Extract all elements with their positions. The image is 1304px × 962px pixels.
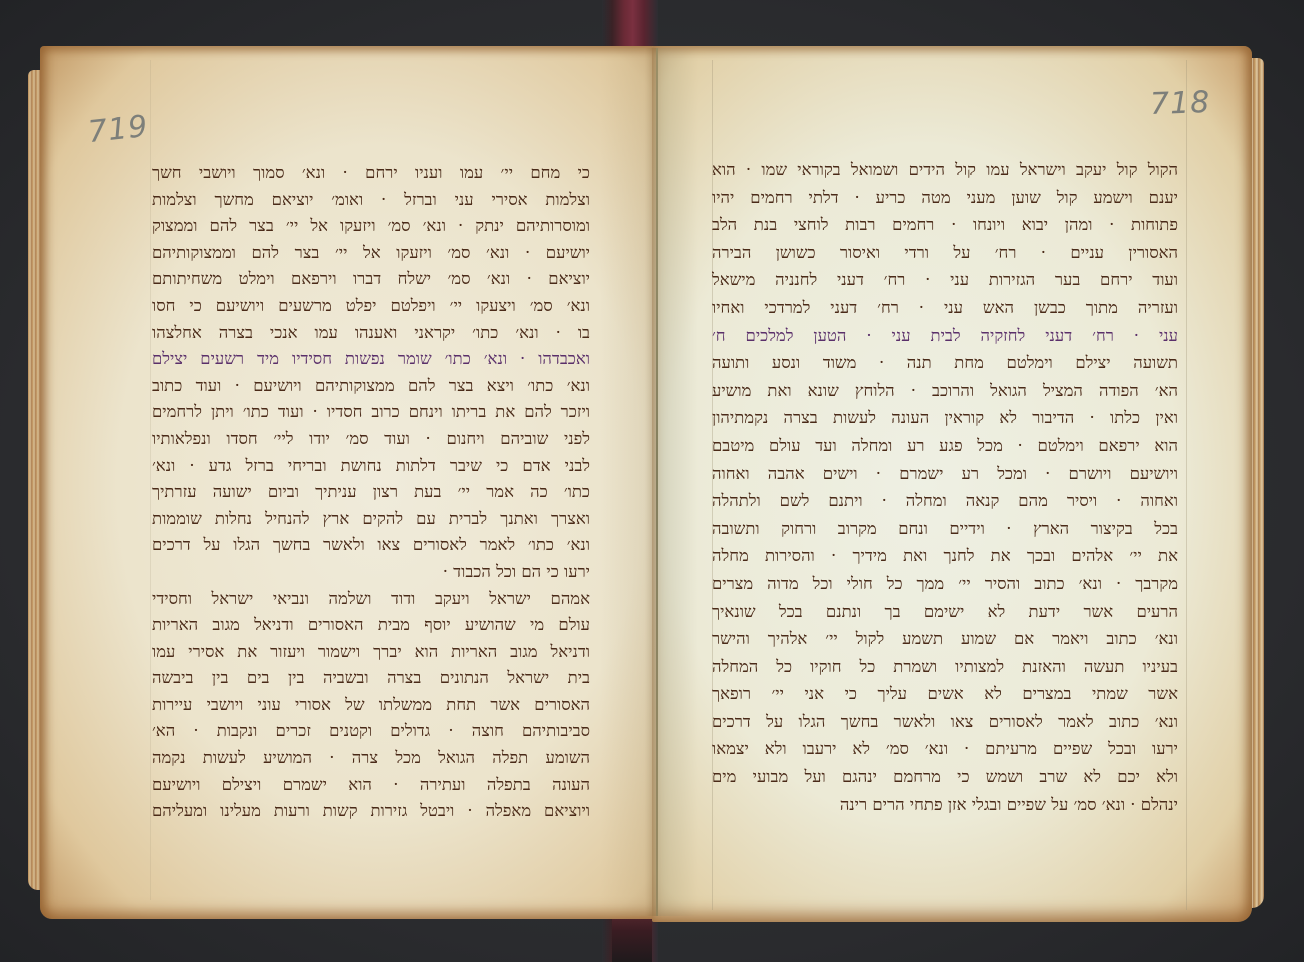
manuscript-line: לפני שוביהם ויחנום · ועוד סמ׳ יודו ליי׳ … (152, 426, 590, 453)
manuscript-line: השומע תפלה הגואל מכל צרה · המושיע לעשות … (152, 745, 590, 772)
manuscript-line: יענם וישמע קול שוען מעני מטה כריע · דלתי… (712, 184, 1178, 212)
manuscript-line: עולם מי שהושיע יוסף מבית האסורים ודניאל … (152, 612, 590, 639)
manuscript-line: ינהלם · ונא׳ סמ׳ על שפיים ובגלי אזן פתחי… (712, 791, 1178, 819)
manuscript-line: כתו׳ כה אמר יי׳ בעת רצון עניתיך וביום יש… (152, 479, 590, 506)
manuscript-line: יוציאם · ונא׳ סמ׳ ישלח דברו וירפאם וימלט… (152, 266, 590, 293)
left-page-text: כי מחם יי׳ עמו ועניו ירחם · ונא׳ סמוך וי… (152, 160, 590, 825)
manuscript-line: פתוחות · ומהן יבוא ויונחו · רחמים רבות ל… (712, 211, 1178, 239)
right-page-text: הקול קול יעקב וישראל עמו קול הידים ושמוא… (712, 156, 1178, 818)
manuscript-line: האסורין עניים · רח׳ על ורדי ואיסור כשושן… (712, 239, 1178, 267)
manuscript-line: בית ישראל הנתונים בצרה ובשביה בין בים בי… (152, 665, 590, 692)
manuscript-line: הרעים אשר ידעת לא ישימם בך ונתנם בכל שונ… (712, 598, 1178, 626)
manuscript-line: ויוציאם מאפלה · ויבטל גזירות קשות ורעות … (152, 798, 590, 825)
manuscript-line: כי מחם יי׳ עמו ועניו ירחם · ונא׳ סמוך וי… (152, 160, 590, 187)
manuscript-line: ואצרך ואתנך לברית עם להקים ארץ להנחיל נח… (152, 506, 590, 533)
manuscript-line: לבני אדם כי שיבר דלתות נחושת ובריחי ברזל… (152, 453, 590, 480)
manuscript-line: מקרבך · ונא׳ כתוב והסיר יי׳ ממך כל חולי … (712, 570, 1178, 598)
manuscript-line: ויושיעם ויושרם · ומכל רע ישמרם · וישים א… (712, 460, 1178, 488)
manuscript-line: ונא׳ כתוב לאמר לאסורים צאו ולאשר בחשך הג… (712, 708, 1178, 736)
manuscript-line: ועוד ירחם בער הגזירות עני · רח׳ דעני לחנ… (712, 266, 1178, 294)
manuscript-line: ירעו כי הם וכל הכבוד · (152, 559, 590, 586)
manuscript-line: ונא׳ כתו׳ ויצא בצר להם ממצוקותיהם ויושיע… (152, 373, 590, 400)
manuscript-line: עני · רח׳ דעני לחזקיה לבית עני · הטען למ… (712, 322, 1178, 350)
manuscript-line: הא׳ הפודה המציל הגואל והרוכב · הלוחץ שונ… (712, 377, 1178, 405)
manuscript-line: ונא׳ סמ׳ ויצעקו יי׳ ויפלטם יפלט מרשעים ו… (152, 293, 590, 320)
manuscript-line: ודניאל מגוב האריות הוא יברך וישמור ויעזו… (152, 639, 590, 666)
manuscript-line: בו · ונא׳ כתו׳ יקראני ואענהו עמו אנכי בצ… (152, 320, 590, 347)
manuscript-line: האסורים אשר תחת ממשלתו של אסורי עוני ויו… (152, 692, 590, 719)
manuscript-line: בכל בקיצור הארץ · וידיים ונחם מקרוב ורחו… (712, 515, 1178, 543)
folio-number-left: 719 (86, 109, 150, 150)
gutter-shadow-right (658, 48, 698, 916)
manuscript-line: וצלמות אסירי עני וברזל · ואומ׳ יוציאם מח… (152, 187, 590, 214)
manuscript-line: ואכבדהו · ונא׳ כתו׳ שומר נפשות חסידיו מי… (152, 346, 590, 373)
manuscript-line: ואין כלתו · הדיבור לא קוראין העונה לעשות… (712, 404, 1178, 432)
manuscript-line: יושיעם · ונא׳ סמ׳ ויזעקו אל יי׳ בצר להם … (152, 240, 590, 267)
manuscript-line: הוא ירפאם וימלטם · מכל פגע רע ומחלה ועד … (712, 432, 1178, 460)
manuscript-line: ויזכר להם את בריתו וינחם כרוב חסדיו · וע… (152, 399, 590, 426)
gutter-shadow-left (600, 48, 656, 916)
manuscript-line: ירעו ובכל שפיים מרעיתם · ונא׳ סמ׳ לא ירע… (712, 735, 1178, 763)
manuscript-line: ונא׳ כתו׳ לאמר לאסורים צאו ולאשר בחשך הג… (152, 532, 590, 559)
manuscript-line: את יי׳ אלהים ובכך את לחנך ואת מידיך · וה… (712, 542, 1178, 570)
gutter-fold (656, 48, 658, 916)
manuscript-line: הקול קול יעקב וישראל עמו קול הידים ושמוא… (712, 156, 1178, 184)
manuscript-line: ונא׳ כתוב ויאמר אם שמוע תשמע לקול יי׳ אל… (712, 625, 1178, 653)
manuscript-line: ומוסרותיהם ינתק · ונא׳ סמ׳ ויזעקו אל יי׳… (152, 213, 590, 240)
manuscript-line: בעיניו תעשה והאזנת למצותיו ושמרת כל חוקי… (712, 653, 1178, 681)
ruling-line-right-outer (1186, 60, 1187, 910)
manuscript-line: ולא יכם לא שרב ושמש כי מרחמם ינהגם ועל מ… (712, 763, 1178, 791)
manuscript-line: ואחוה · ויסיר מהם קנאה ומחלה · ויתנם לשם… (712, 487, 1178, 515)
manuscript-line: אשר שמתי במצרים לא אשים עליך כי אני יי׳ … (712, 680, 1178, 708)
manuscript-line: סביבותיהם חוצה · גדולים וקטנים זכרים ונק… (152, 718, 590, 745)
ruling-line-left-margin (150, 60, 151, 900)
folio-number-right: 718 (1149, 85, 1210, 122)
manuscript-line: תשועה יצילם וימלטם מחת תנה · משוד ונסע ו… (712, 349, 1178, 377)
manuscript-line: העונה בתפלה ועתירה · הוא ישמרם ויצילם וי… (152, 772, 590, 799)
manuscript-line: אמהם ישראל ויעקב ודוד ושלמה ונביאי ישראל… (152, 586, 590, 613)
manuscript-line: ועזריה מתוך כבשן האש עני · רח׳ דעני למרד… (712, 294, 1178, 322)
